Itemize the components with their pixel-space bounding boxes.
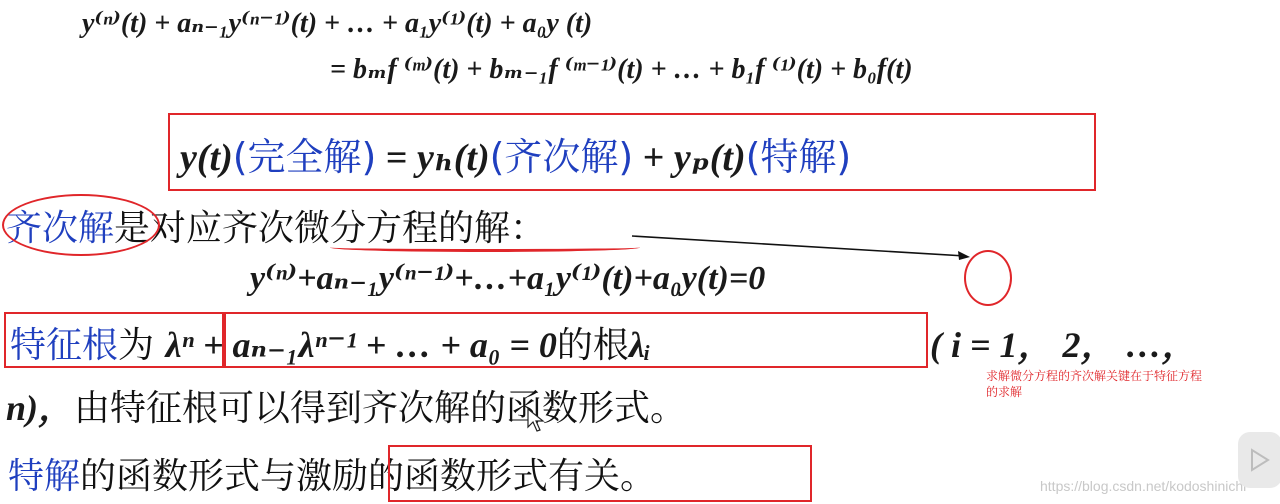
- play-icon: [1238, 432, 1280, 488]
- characteristic-root-term: 特征根: [10, 325, 118, 366]
- watermark: https://blog.csdn.net/kodoshinichi: [1040, 478, 1246, 494]
- annotation-note: 求解微分方程的齐次解关键在于特征方程 的求解: [986, 368, 1202, 400]
- underline-annotation: [330, 243, 640, 252]
- zero-ellipse: [964, 250, 1012, 306]
- characteristic-line2-text: 由特征根可以得到齐次解的函数形式。: [74, 388, 686, 429]
- characteristic-text1: 为: [118, 325, 165, 366]
- y-p: yₚ(t): [674, 137, 746, 179]
- general-equation-line1-text: y⁽ⁿ⁾(t) + aₙ₋₁y⁽ⁿ⁻¹⁾(t) + … + a₁y⁽¹⁾(t) …: [82, 8, 592, 39]
- mouse-cursor-icon: [527, 408, 545, 434]
- general-equation-line1: y⁽ⁿ⁾(t) + aₙ₋₁y⁽ⁿ⁻¹⁾(t) + … + a₁y⁽¹⁾(t) …: [82, 6, 592, 40]
- annotation-line2: 的求解: [986, 384, 1202, 400]
- particular-solution-label: (特解): [746, 135, 852, 179]
- plus-sign: +: [633, 137, 674, 179]
- n-close: n)，: [6, 388, 74, 428]
- general-equation-line2-text: = bₘf ⁽ᵐ⁾(t) + bₘ₋₁f ⁽ᵐ⁻¹⁾(t) + … + b₁f …: [330, 54, 913, 85]
- particular-text1: 的函数形式: [80, 456, 260, 497]
- homogeneous-equation-text: y⁽ⁿ⁾+aₙ₋₁y⁽ⁿ⁻¹⁾+…+a₁y⁽¹⁾(t)+a₀y(t)=0: [250, 260, 765, 297]
- characteristic-equation-box: [224, 312, 928, 368]
- y-t: y(t): [180, 137, 233, 179]
- equals-sign: =: [376, 137, 417, 179]
- general-equation-line2: = bₘf ⁽ᵐ⁾(t) + bₘ₋₁f ⁽ᵐ⁻¹⁾(t) + … + b₁f …: [330, 52, 913, 86]
- homogeneous-equation: y⁽ⁿ⁾+aₙ₋₁y⁽ⁿ⁻¹⁾+…+a₁y⁽¹⁾(t)+a₀y(t)=0: [250, 258, 765, 298]
- characteristic-line2: n)，由特征根可以得到齐次解的函数形式。: [6, 380, 686, 431]
- excitation-form-box: [388, 445, 812, 502]
- play-button[interactable]: [1238, 432, 1280, 488]
- index-range: ( i = 1， 2， …，: [930, 317, 1198, 368]
- y-h: yₕ(t): [417, 137, 490, 179]
- complete-solution-label: (完全解): [233, 135, 377, 179]
- watermark-text: https://blog.csdn.net/kodoshinichi: [1040, 478, 1246, 494]
- particular-term: 特解: [8, 456, 80, 497]
- complete-solution-equation: y(t)(完全解) = yₕ(t)(齐次解) + yₚ(t)(特解): [180, 126, 851, 181]
- annotation-line1: 求解微分方程的齐次解关键在于特征方程: [986, 368, 1202, 384]
- homogeneous-term-ellipse: [2, 194, 160, 256]
- index-range-text: ( i = 1， 2， …，: [930, 325, 1198, 365]
- homogeneous-solution-label: (齐次解): [490, 135, 634, 179]
